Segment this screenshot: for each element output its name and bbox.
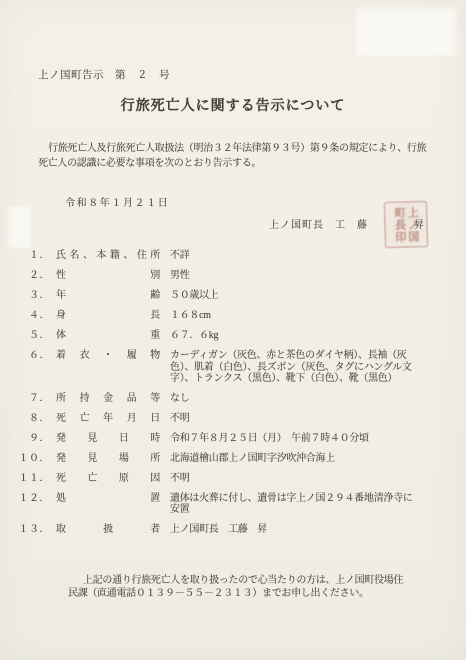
item-number: ９．	[0, 433, 50, 445]
item-number: １１．	[0, 473, 50, 485]
item-number: ６．	[0, 350, 50, 362]
item-value: 上ノ国町長 工藤 昇	[170, 524, 414, 536]
signer-given-name: 昇	[414, 220, 425, 232]
item-label: 着衣・履物	[56, 350, 160, 362]
item-number: ２．	[0, 270, 50, 282]
list-item: ８． 死亡年月日 不明	[0, 413, 426, 425]
list-item: １３． 取扱者 上ノ国町長 工藤 昇	[0, 524, 426, 536]
preamble-paragraph: 行旅死亡人及行旅死亡人取扱法（明治３２年法律第９３号）第９条の規定により、行旅死…	[38, 142, 428, 171]
item-value: なし	[170, 393, 414, 405]
page-title: 行旅死亡人に関する告示について	[0, 98, 466, 116]
item-value: 遺体は火葬に付し、遺骨は字上ノ国２９４番地清浄寺に安置	[170, 493, 414, 516]
item-value: 北海道檜山郡上ノ国町字汐吹沖合海上	[170, 453, 414, 465]
item-label: 氏名、本籍、住所	[56, 250, 160, 262]
item-value: 男性	[170, 270, 414, 282]
item-number: ３．	[0, 290, 50, 302]
item-label: 身長	[56, 310, 160, 322]
list-item: ６． 着衣・履物 カーディガン（灰色、赤と茶色のダイヤ柄）、長袖（灰色）、肌着（…	[0, 350, 426, 385]
item-value: カーディガン（灰色、赤と茶色のダイヤ柄）、長袖（灰色）、肌着（白色）、長ズボン（…	[170, 350, 414, 385]
item-value: 不明	[170, 413, 414, 425]
item-label: 所持金品等	[56, 393, 160, 405]
item-label: 発見日時	[56, 433, 160, 445]
item-label: 性別	[56, 270, 160, 282]
items-list: １． 氏名、本籍、住所 不詳 ２． 性別 男性 ３． 年齢 ５０歳以上 ４． 身…	[0, 250, 466, 536]
list-item: ２． 性別 男性	[0, 270, 426, 282]
item-label: 年齢	[56, 290, 160, 302]
item-value: ６７．６kg	[170, 330, 414, 342]
item-label: 死亡年月日	[56, 413, 160, 425]
item-number: ８．	[0, 413, 50, 425]
item-value: ５０歳以上	[170, 290, 414, 302]
list-item: ４． 身長 １６８cm	[0, 310, 426, 322]
list-item: １１． 死亡原因 不明	[0, 473, 426, 485]
item-number: ５．	[0, 330, 50, 342]
scan-artifact-patch	[356, 8, 456, 56]
list-item: １２． 処置 遺体は火葬に付し、遺骨は字上ノ国２９４番地清浄寺に安置	[0, 493, 426, 516]
closing-paragraph: 上記の通り行旅死亡人を取り扱ったので心当たりの方は、上ノ国町役場住民課（直通電話…	[68, 574, 408, 600]
item-value: １６８cm	[170, 310, 414, 322]
list-item: １０． 発見場所 北海道檜山郡上ノ国町字汐吹沖合海上	[0, 453, 426, 465]
item-number: １．	[0, 250, 50, 262]
scanned-notice-page: 上ノ国町告示 第 ２ 号 行旅死亡人に関する告示について 行旅死亡人及行旅死亡人…	[0, 0, 466, 660]
list-item: ７． 所持金品等 なし	[0, 393, 426, 405]
list-item: ３． 年齢 ５０歳以上	[0, 290, 426, 302]
list-item: ５． 体重 ６７．６kg	[0, 330, 426, 342]
item-number: １０．	[0, 453, 50, 465]
item-label: 処置	[56, 493, 160, 505]
signer-title-name: 上ノ国町長 工 藤	[269, 220, 368, 232]
item-label: 死亡原因	[56, 473, 160, 485]
item-number: １２．	[0, 493, 50, 505]
item-value: 不明	[170, 473, 414, 485]
scan-artifact-patch	[8, 206, 30, 248]
item-value: 令和７年８月２５日（月） 午前７時４０分頃	[170, 433, 414, 445]
list-item: ９． 発見日時 令和７年８月２５日（月） 午前７時４０分頃	[0, 433, 426, 445]
list-item: １． 氏名、本籍、住所 不詳	[0, 250, 426, 262]
item-label: 発見場所	[56, 453, 160, 465]
item-label: 体重	[56, 330, 160, 342]
item-value: 不詳	[170, 250, 414, 262]
item-number: ４．	[0, 310, 50, 322]
item-number: １３．	[0, 524, 50, 536]
seal-text-left-column: 町長印	[393, 207, 406, 243]
item-label: 取扱者	[56, 524, 160, 536]
item-number: ７．	[0, 393, 50, 405]
